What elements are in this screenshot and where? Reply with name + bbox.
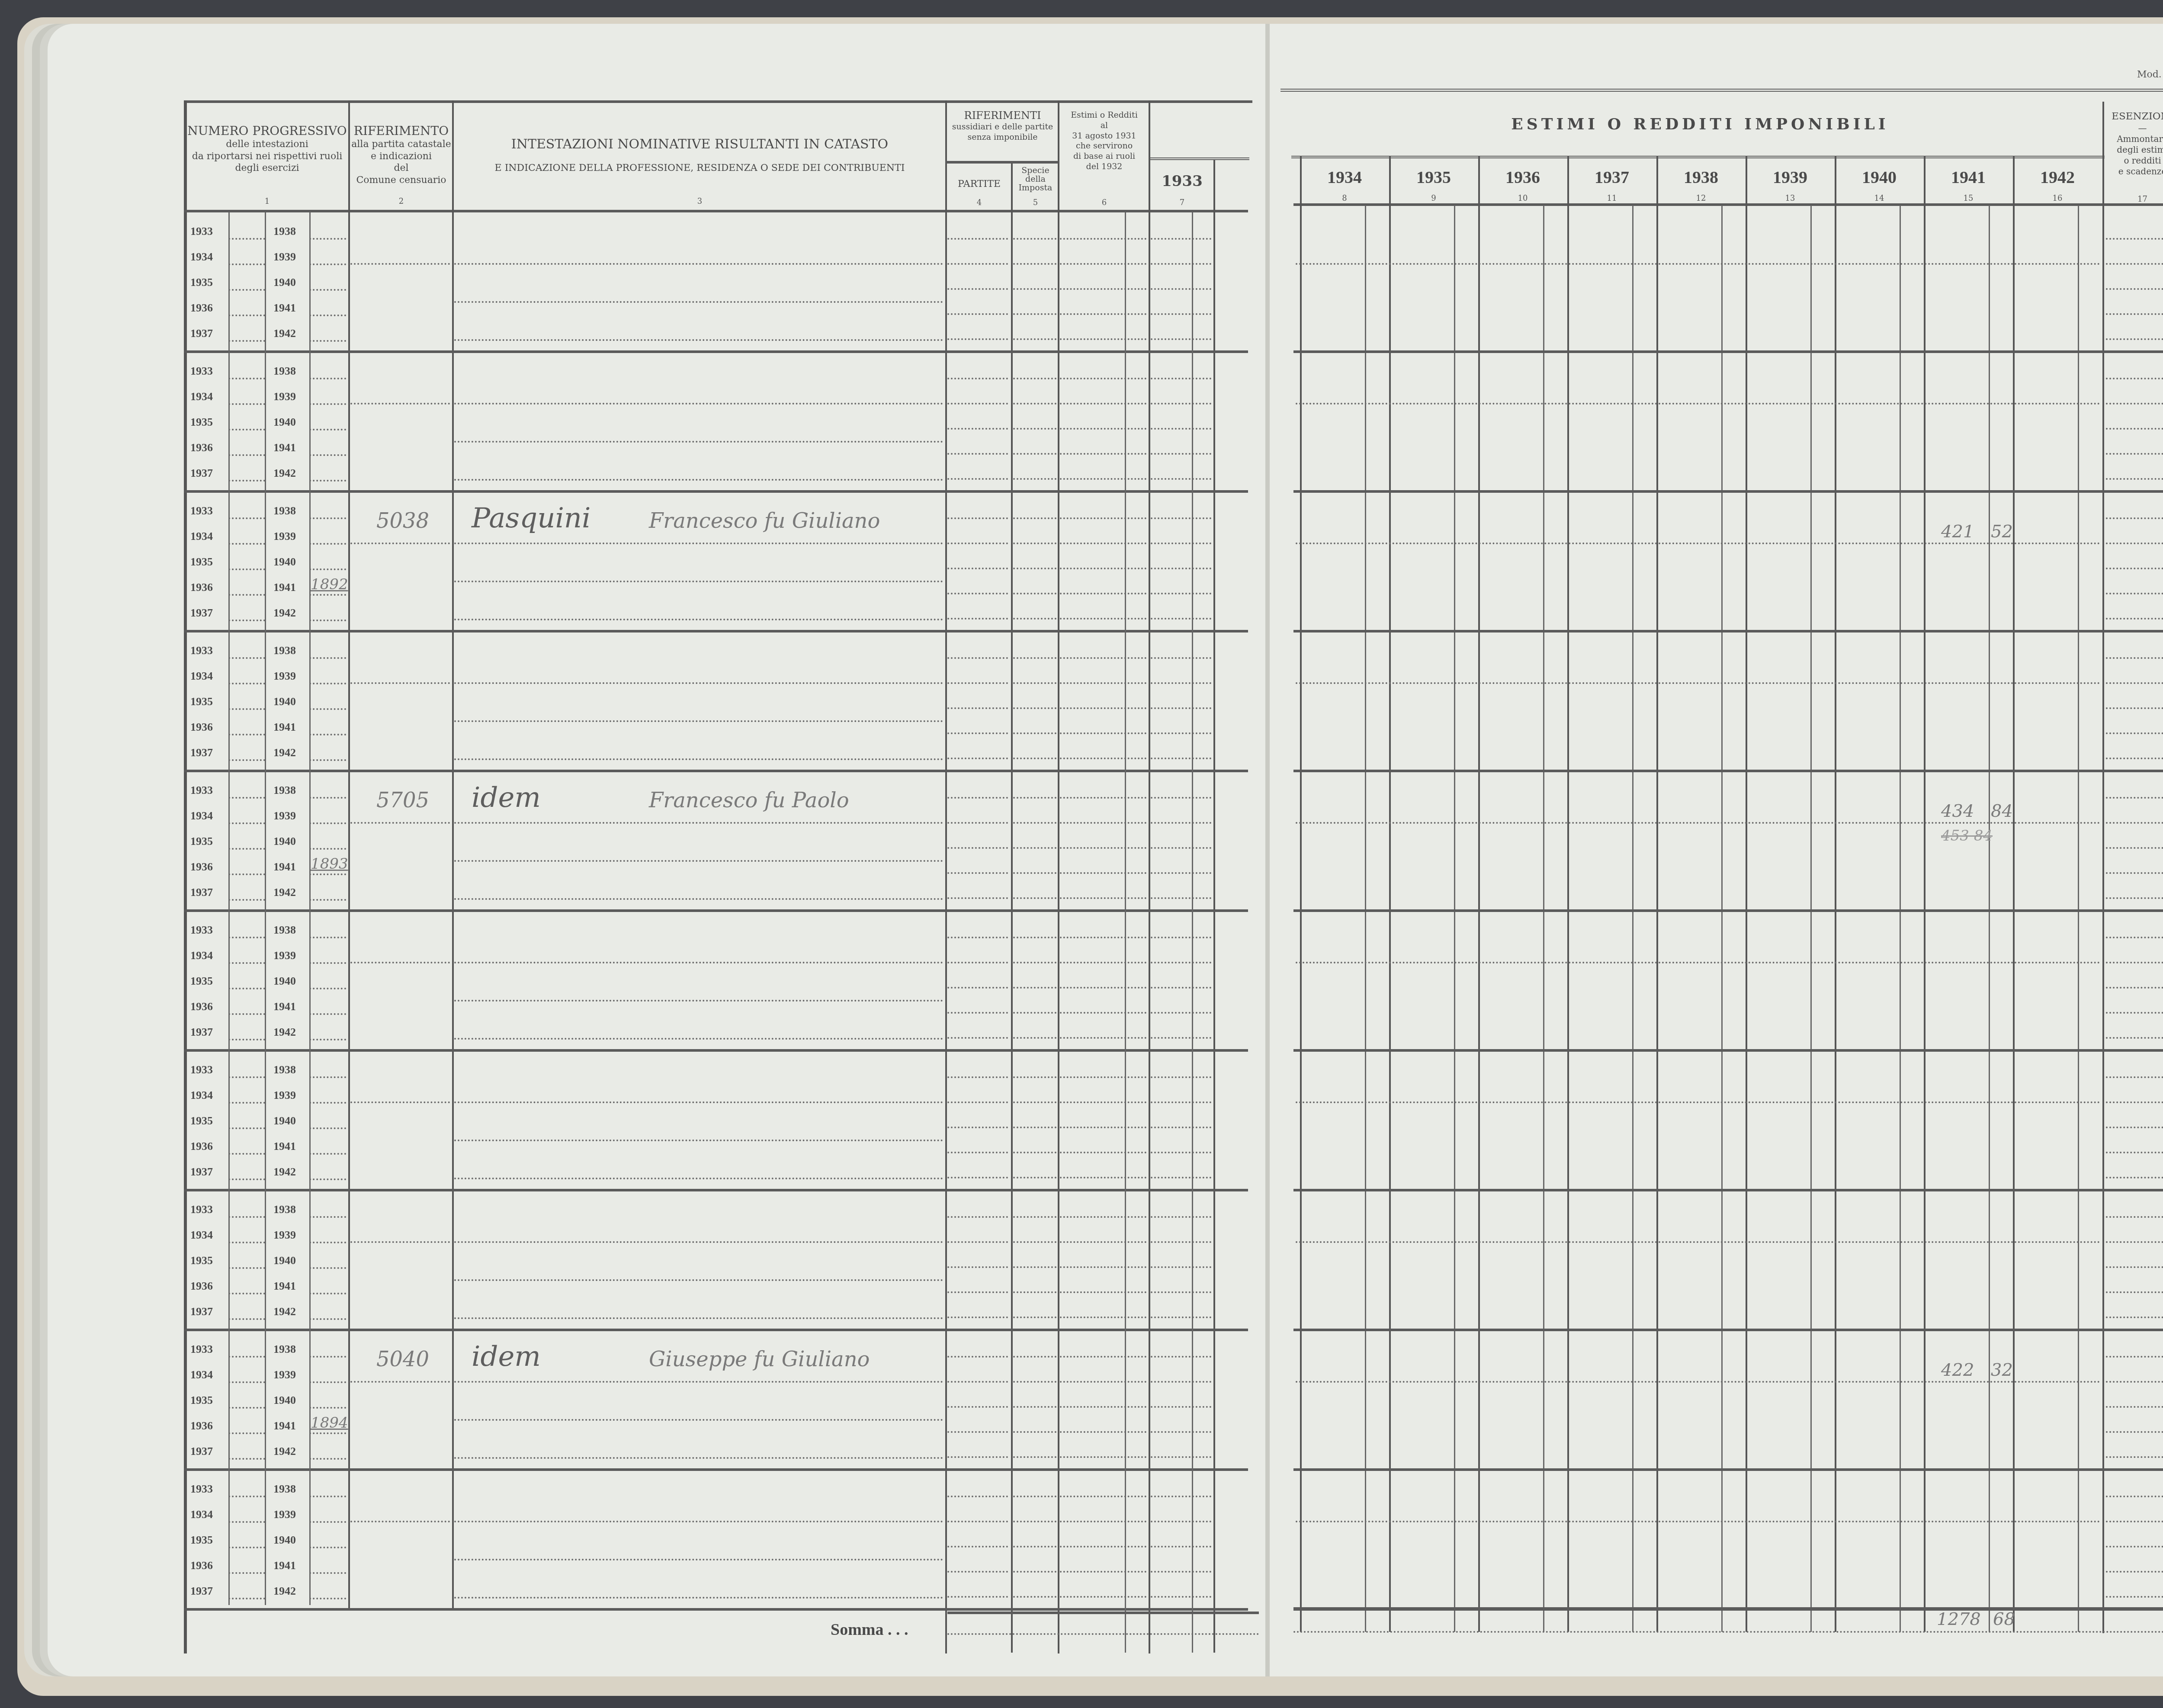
name-line[interactable] — [454, 860, 943, 862]
value-line[interactable] — [1151, 1571, 1211, 1573]
year-fill-line[interactable] — [309, 873, 346, 875]
esenzioni-line[interactable] — [2106, 1496, 2163, 1497]
value-line[interactable] — [1151, 453, 1211, 455]
year-fill-line[interactable] — [228, 1496, 265, 1497]
value-line[interactable] — [1013, 428, 1056, 430]
value-line[interactable] — [947, 1101, 1008, 1103]
year-fill-line[interactable] — [309, 1216, 346, 1218]
partita-line[interactable] — [350, 543, 450, 544]
value-line[interactable] — [1013, 1266, 1056, 1268]
esenzioni-line[interactable] — [2106, 1406, 2163, 1408]
year-fill-line[interactable] — [228, 1572, 265, 1574]
year-fill-line[interactable] — [228, 594, 265, 596]
value-line[interactable] — [1060, 1456, 1146, 1458]
year-fill-line[interactable] — [309, 620, 346, 621]
partita-line[interactable] — [350, 403, 450, 405]
value-line[interactable] — [1296, 403, 2100, 405]
value-line[interactable] — [1060, 657, 1146, 659]
value-line[interactable] — [1060, 1101, 1146, 1103]
esenzioni-line[interactable] — [2106, 428, 2163, 430]
value-line[interactable] — [1151, 1316, 1211, 1318]
year-fill-line[interactable] — [228, 873, 265, 875]
value-line[interactable] — [1151, 987, 1211, 989]
year-fill-line[interactable] — [309, 1039, 346, 1040]
value-line[interactable] — [947, 797, 1008, 799]
value-line[interactable] — [1060, 682, 1146, 684]
value-line[interactable] — [947, 1546, 1008, 1547]
value-line[interactable] — [1013, 1496, 1056, 1497]
value-line[interactable] — [1013, 1571, 1056, 1573]
year-fill-line[interactable] — [309, 263, 346, 265]
esenzioni-line[interactable] — [2106, 1216, 2163, 1218]
value-line[interactable] — [947, 568, 1008, 569]
esenzioni-line[interactable] — [2106, 707, 2163, 709]
value-line[interactable] — [1151, 1241, 1211, 1243]
value-line[interactable] — [947, 338, 1008, 340]
year-fill-line[interactable] — [228, 797, 265, 799]
value-line[interactable] — [1013, 478, 1056, 480]
year-fill-line[interactable] — [228, 1076, 265, 1078]
esenzioni-line[interactable] — [2106, 1456, 2163, 1458]
name-line[interactable] — [454, 720, 943, 722]
esenzioni-line[interactable] — [2106, 1037, 2163, 1039]
value-line[interactable] — [947, 758, 1008, 759]
name-line[interactable] — [454, 1241, 943, 1243]
esenzioni-line[interactable] — [2106, 453, 2163, 455]
year-fill-line[interactable] — [228, 1356, 265, 1358]
value-line[interactable] — [1060, 732, 1146, 734]
name-line[interactable] — [454, 1178, 943, 1179]
value-line[interactable] — [1151, 758, 1211, 759]
value-line[interactable] — [947, 1456, 1008, 1458]
partita-line[interactable] — [350, 1521, 450, 1522]
year-fill-line[interactable] — [228, 848, 265, 850]
value-line[interactable] — [947, 543, 1008, 544]
year-fill-line[interactable] — [309, 797, 346, 799]
value-line[interactable] — [1060, 1571, 1146, 1573]
value-line[interactable] — [947, 1076, 1008, 1078]
year-fill-line[interactable] — [309, 1432, 346, 1434]
value-line[interactable] — [1151, 1406, 1211, 1408]
year-fill-line[interactable] — [309, 1521, 346, 1523]
value-line[interactable] — [1060, 937, 1146, 938]
value-line[interactable] — [947, 313, 1008, 315]
year-fill-line[interactable] — [228, 1178, 265, 1180]
year-fill-line[interactable] — [309, 1102, 346, 1104]
partita-line[interactable] — [350, 263, 450, 265]
year-fill-line[interactable] — [309, 683, 346, 684]
partita-line[interactable] — [350, 1101, 450, 1103]
value-line[interactable] — [1060, 453, 1146, 455]
value-line[interactable] — [1013, 1381, 1056, 1383]
value-line[interactable] — [1296, 822, 2100, 824]
value-line[interactable] — [1013, 378, 1056, 379]
value-line[interactable] — [1060, 758, 1146, 759]
year-fill-line[interactable] — [309, 657, 346, 659]
value-line[interactable] — [1151, 1381, 1211, 1383]
year-fill-line[interactable] — [228, 1267, 265, 1269]
value-line[interactable] — [1013, 1431, 1056, 1433]
name-line[interactable] — [454, 619, 943, 620]
esenzioni-line[interactable] — [2106, 1521, 2163, 1522]
value-line[interactable] — [1151, 593, 1211, 594]
year-fill-line[interactable] — [309, 454, 346, 456]
name-line[interactable] — [454, 543, 943, 544]
year-fill-line[interactable] — [228, 1598, 265, 1599]
value-line[interactable] — [1013, 288, 1056, 290]
value-line[interactable] — [947, 657, 1008, 659]
esenzioni-line[interactable] — [2106, 657, 2163, 659]
value-line[interactable] — [1151, 238, 1211, 240]
partita-line[interactable] — [350, 822, 450, 824]
year-fill-line[interactable] — [228, 620, 265, 621]
year-fill-line[interactable] — [228, 1127, 265, 1129]
value-line[interactable] — [1151, 1596, 1211, 1598]
value-line[interactable] — [1013, 1456, 1056, 1458]
value-line[interactable] — [947, 1152, 1008, 1153]
value-line[interactable] — [1151, 288, 1211, 290]
name-line[interactable] — [454, 339, 943, 341]
value-line[interactable] — [1151, 1101, 1211, 1103]
value-line[interactable] — [1013, 543, 1056, 544]
value-line[interactable] — [947, 403, 1008, 405]
value-line[interactable] — [1151, 847, 1211, 849]
year-fill-line[interactable] — [228, 517, 265, 519]
esenzioni-line[interactable] — [2106, 1431, 2163, 1433]
value-line[interactable] — [1151, 1266, 1211, 1268]
esenzioni-line[interactable] — [2106, 478, 2163, 480]
esenzioni-line[interactable] — [2106, 1596, 2163, 1598]
name-line[interactable] — [454, 1317, 943, 1319]
value-line[interactable] — [1060, 1546, 1146, 1547]
value-line[interactable] — [1060, 263, 1146, 265]
year-fill-line[interactable] — [228, 962, 265, 964]
value-line[interactable] — [947, 378, 1008, 379]
value-line[interactable] — [1060, 962, 1146, 963]
value-line[interactable] — [1060, 403, 1146, 405]
esenzioni-line[interactable] — [2106, 313, 2163, 315]
year-fill-line[interactable] — [309, 480, 346, 482]
value-line[interactable] — [1151, 378, 1211, 379]
value-line[interactable] — [1060, 543, 1146, 544]
year-fill-line[interactable] — [228, 1153, 265, 1155]
name-line[interactable] — [454, 1521, 943, 1522]
value-line[interactable] — [1151, 568, 1211, 569]
year-fill-line[interactable] — [309, 238, 346, 240]
year-fill-line[interactable] — [309, 289, 346, 291]
value-line[interactable] — [947, 1381, 1008, 1383]
esenzioni-line[interactable] — [2106, 238, 2163, 240]
value-line[interactable] — [1013, 1076, 1056, 1078]
value-line[interactable] — [1060, 593, 1146, 594]
value-line[interactable] — [1013, 987, 1056, 989]
year-fill-line[interactable] — [228, 340, 265, 342]
year-fill-line[interactable] — [309, 937, 346, 938]
year-fill-line[interactable] — [228, 403, 265, 405]
value-line[interactable] — [1013, 1546, 1056, 1547]
value-line[interactable] — [1151, 1521, 1211, 1522]
esenzioni-line[interactable] — [2106, 872, 2163, 874]
value-line[interactable] — [947, 1316, 1008, 1318]
esenzioni-line[interactable] — [2106, 593, 2163, 594]
name-line[interactable] — [454, 479, 943, 481]
value-line[interactable] — [1013, 847, 1056, 849]
value-line[interactable] — [1013, 1406, 1056, 1408]
value-line[interactable] — [1296, 1101, 2100, 1103]
value-line[interactable] — [1060, 897, 1146, 899]
value-line[interactable] — [1151, 478, 1211, 480]
value-line[interactable] — [1013, 897, 1056, 899]
value-line[interactable] — [1151, 618, 1211, 620]
value-line[interactable] — [1060, 428, 1146, 430]
value-line[interactable] — [947, 987, 1008, 989]
value-line[interactable] — [1151, 1076, 1211, 1078]
year-fill-line[interactable] — [309, 1496, 346, 1497]
value-line[interactable] — [1060, 517, 1146, 519]
value-line[interactable] — [1013, 618, 1056, 620]
esenzioni-line[interactable] — [2106, 1291, 2163, 1293]
value-line[interactable] — [1151, 872, 1211, 874]
name-line[interactable] — [454, 403, 943, 405]
year-fill-line[interactable] — [309, 1242, 346, 1243]
value-line[interactable] — [1013, 797, 1056, 799]
value-line[interactable] — [1060, 288, 1146, 290]
year-fill-line[interactable] — [228, 1216, 265, 1218]
value-line[interactable] — [1013, 872, 1056, 874]
year-fill-line[interactable] — [228, 1242, 265, 1243]
esenzioni-line[interactable] — [2106, 1101, 2163, 1103]
year-fill-line[interactable] — [309, 1572, 346, 1574]
year-fill-line[interactable] — [228, 454, 265, 456]
value-line[interactable] — [1013, 822, 1056, 824]
name-line[interactable] — [454, 898, 943, 900]
year-fill-line[interactable] — [309, 1293, 346, 1294]
year-fill-line[interactable] — [228, 315, 265, 316]
partita-line[interactable] — [350, 1381, 450, 1383]
year-fill-line[interactable] — [309, 899, 346, 901]
year-fill-line[interactable] — [309, 1598, 346, 1599]
value-line[interactable] — [1060, 1012, 1146, 1014]
value-line[interactable] — [947, 682, 1008, 684]
year-fill-line[interactable] — [228, 708, 265, 710]
name-line[interactable] — [454, 822, 943, 824]
value-line[interactable] — [1060, 1037, 1146, 1039]
year-fill-line[interactable] — [228, 568, 265, 570]
name-line[interactable] — [454, 1279, 943, 1281]
year-fill-line[interactable] — [228, 263, 265, 265]
value-line[interactable] — [1060, 1127, 1146, 1128]
value-line[interactable] — [1060, 1216, 1146, 1218]
esenzioni-line[interactable] — [2106, 1127, 2163, 1128]
value-line[interactable] — [1060, 1316, 1146, 1318]
value-line[interactable] — [1060, 1431, 1146, 1433]
year-fill-line[interactable] — [309, 1153, 346, 1155]
value-line[interactable] — [1013, 1101, 1056, 1103]
name-line[interactable] — [454, 758, 943, 760]
partita-line[interactable] — [350, 1241, 450, 1243]
value-line[interactable] — [1296, 543, 2100, 544]
partita-line[interactable] — [350, 682, 450, 684]
value-line[interactable] — [1060, 1596, 1146, 1598]
esenzioni-line[interactable] — [2106, 1571, 2163, 1573]
name-line[interactable] — [454, 1419, 943, 1421]
value-line[interactable] — [947, 1596, 1008, 1598]
value-line[interactable] — [947, 1177, 1008, 1178]
value-line[interactable] — [947, 872, 1008, 874]
year-fill-line[interactable] — [309, 429, 346, 430]
value-line[interactable] — [1013, 568, 1056, 569]
year-fill-line[interactable] — [309, 543, 346, 545]
esenzioni-line[interactable] — [2106, 962, 2163, 963]
value-line[interactable] — [947, 1216, 1008, 1218]
value-line[interactable] — [1151, 263, 1211, 265]
value-line[interactable] — [947, 822, 1008, 824]
value-line[interactable] — [1151, 428, 1211, 430]
esenzioni-line[interactable] — [2106, 568, 2163, 569]
value-line[interactable] — [1151, 313, 1211, 315]
value-line[interactable] — [1296, 1381, 2100, 1383]
value-line[interactable] — [1060, 478, 1146, 480]
value-line[interactable] — [1151, 707, 1211, 709]
value-line[interactable] — [947, 263, 1008, 265]
value-line[interactable] — [947, 1406, 1008, 1408]
year-fill-line[interactable] — [228, 734, 265, 735]
value-line[interactable] — [947, 1127, 1008, 1128]
value-line[interactable] — [947, 593, 1008, 594]
value-line[interactable] — [1151, 517, 1211, 519]
value-line[interactable] — [1151, 1177, 1211, 1178]
year-fill-line[interactable] — [309, 1178, 346, 1180]
name-line[interactable] — [454, 682, 943, 684]
value-line[interactable] — [1060, 1406, 1146, 1408]
value-line[interactable] — [1296, 263, 2100, 265]
value-line[interactable] — [947, 1012, 1008, 1014]
year-fill-line[interactable] — [309, 988, 346, 989]
esenzioni-line[interactable] — [2106, 758, 2163, 759]
value-line[interactable] — [1151, 1431, 1211, 1433]
year-fill-line[interactable] — [309, 1547, 346, 1548]
value-line[interactable] — [947, 1037, 1008, 1039]
esenzioni-line[interactable] — [2106, 403, 2163, 405]
value-line[interactable] — [1060, 1291, 1146, 1293]
year-fill-line[interactable] — [309, 1356, 346, 1358]
year-fill-line[interactable] — [309, 403, 346, 405]
value-line[interactable] — [947, 732, 1008, 734]
year-fill-line[interactable] — [309, 594, 346, 596]
name-line[interactable] — [454, 1101, 943, 1103]
value-line[interactable] — [1060, 847, 1146, 849]
name-line[interactable] — [454, 1000, 943, 1002]
value-line[interactable] — [1060, 822, 1146, 824]
value-line[interactable] — [1013, 313, 1056, 315]
value-line[interactable] — [1013, 1216, 1056, 1218]
value-line[interactable] — [1060, 568, 1146, 569]
year-fill-line[interactable] — [309, 517, 346, 519]
esenzioni-line[interactable] — [2106, 1177, 2163, 1178]
value-line[interactable] — [1060, 1076, 1146, 1078]
value-line[interactable] — [947, 288, 1008, 290]
value-line[interactable] — [1151, 822, 1211, 824]
value-line[interactable] — [947, 428, 1008, 430]
esenzioni-line[interactable] — [2106, 288, 2163, 290]
value-line[interactable] — [1151, 1127, 1211, 1128]
value-line[interactable] — [1013, 682, 1056, 684]
year-fill-line[interactable] — [309, 962, 346, 964]
year-fill-line[interactable] — [228, 378, 265, 379]
value-line[interactable] — [1013, 1127, 1056, 1128]
year-fill-line[interactable] — [309, 568, 346, 570]
year-fill-line[interactable] — [309, 708, 346, 710]
name-line[interactable] — [454, 301, 943, 303]
esenzioni-line[interactable] — [2106, 822, 2163, 824]
value-line[interactable] — [1151, 937, 1211, 938]
year-fill-line[interactable] — [228, 1381, 265, 1383]
esenzioni-line[interactable] — [2106, 682, 2163, 684]
value-line[interactable] — [947, 453, 1008, 455]
year-fill-line[interactable] — [309, 822, 346, 824]
value-line[interactable] — [1013, 657, 1056, 659]
value-line[interactable] — [1013, 758, 1056, 759]
year-fill-line[interactable] — [309, 340, 346, 342]
year-fill-line[interactable] — [309, 315, 346, 316]
esenzioni-line[interactable] — [2106, 987, 2163, 989]
value-line[interactable] — [1151, 1037, 1211, 1039]
value-line[interactable] — [947, 1241, 1008, 1243]
value-line[interactable] — [947, 707, 1008, 709]
value-line[interactable] — [1013, 593, 1056, 594]
esenzioni-line[interactable] — [2106, 1152, 2163, 1153]
value-line[interactable] — [1013, 962, 1056, 963]
value-line[interactable] — [1151, 962, 1211, 963]
value-line[interactable] — [1060, 238, 1146, 240]
value-line[interactable] — [1296, 1241, 2100, 1243]
partita-line[interactable] — [350, 962, 450, 963]
year-fill-line[interactable] — [228, 1547, 265, 1548]
value-line[interactable] — [1013, 453, 1056, 455]
value-line[interactable] — [1013, 1521, 1056, 1522]
name-line[interactable] — [454, 1457, 943, 1459]
name-line[interactable] — [454, 1140, 943, 1141]
value-line[interactable] — [1013, 1177, 1056, 1178]
value-line[interactable] — [1151, 543, 1211, 544]
year-fill-line[interactable] — [228, 937, 265, 938]
value-line[interactable] — [1060, 797, 1146, 799]
name-line[interactable] — [454, 1038, 943, 1040]
value-line[interactable] — [1060, 1177, 1146, 1178]
name-line[interactable] — [454, 441, 943, 443]
name-line[interactable] — [454, 1559, 943, 1560]
esenzioni-line[interactable] — [2106, 1241, 2163, 1243]
year-fill-line[interactable] — [309, 1267, 346, 1269]
value-line[interactable] — [1013, 937, 1056, 938]
value-line[interactable] — [947, 1431, 1008, 1433]
year-fill-line[interactable] — [228, 1521, 265, 1523]
value-line[interactable] — [947, 1291, 1008, 1293]
year-fill-line[interactable] — [309, 1458, 346, 1460]
esenzioni-line[interactable] — [2106, 543, 2163, 544]
value-line[interactable] — [1296, 682, 2100, 684]
year-fill-line[interactable] — [228, 988, 265, 989]
value-line[interactable] — [947, 962, 1008, 963]
year-fill-line[interactable] — [228, 543, 265, 545]
value-line[interactable] — [1151, 403, 1211, 405]
value-line[interactable] — [1060, 618, 1146, 620]
value-line[interactable] — [1013, 338, 1056, 340]
year-fill-line[interactable] — [309, 1127, 346, 1129]
value-line[interactable] — [1013, 732, 1056, 734]
esenzioni-line[interactable] — [2106, 1266, 2163, 1268]
value-line[interactable] — [1060, 1152, 1146, 1153]
